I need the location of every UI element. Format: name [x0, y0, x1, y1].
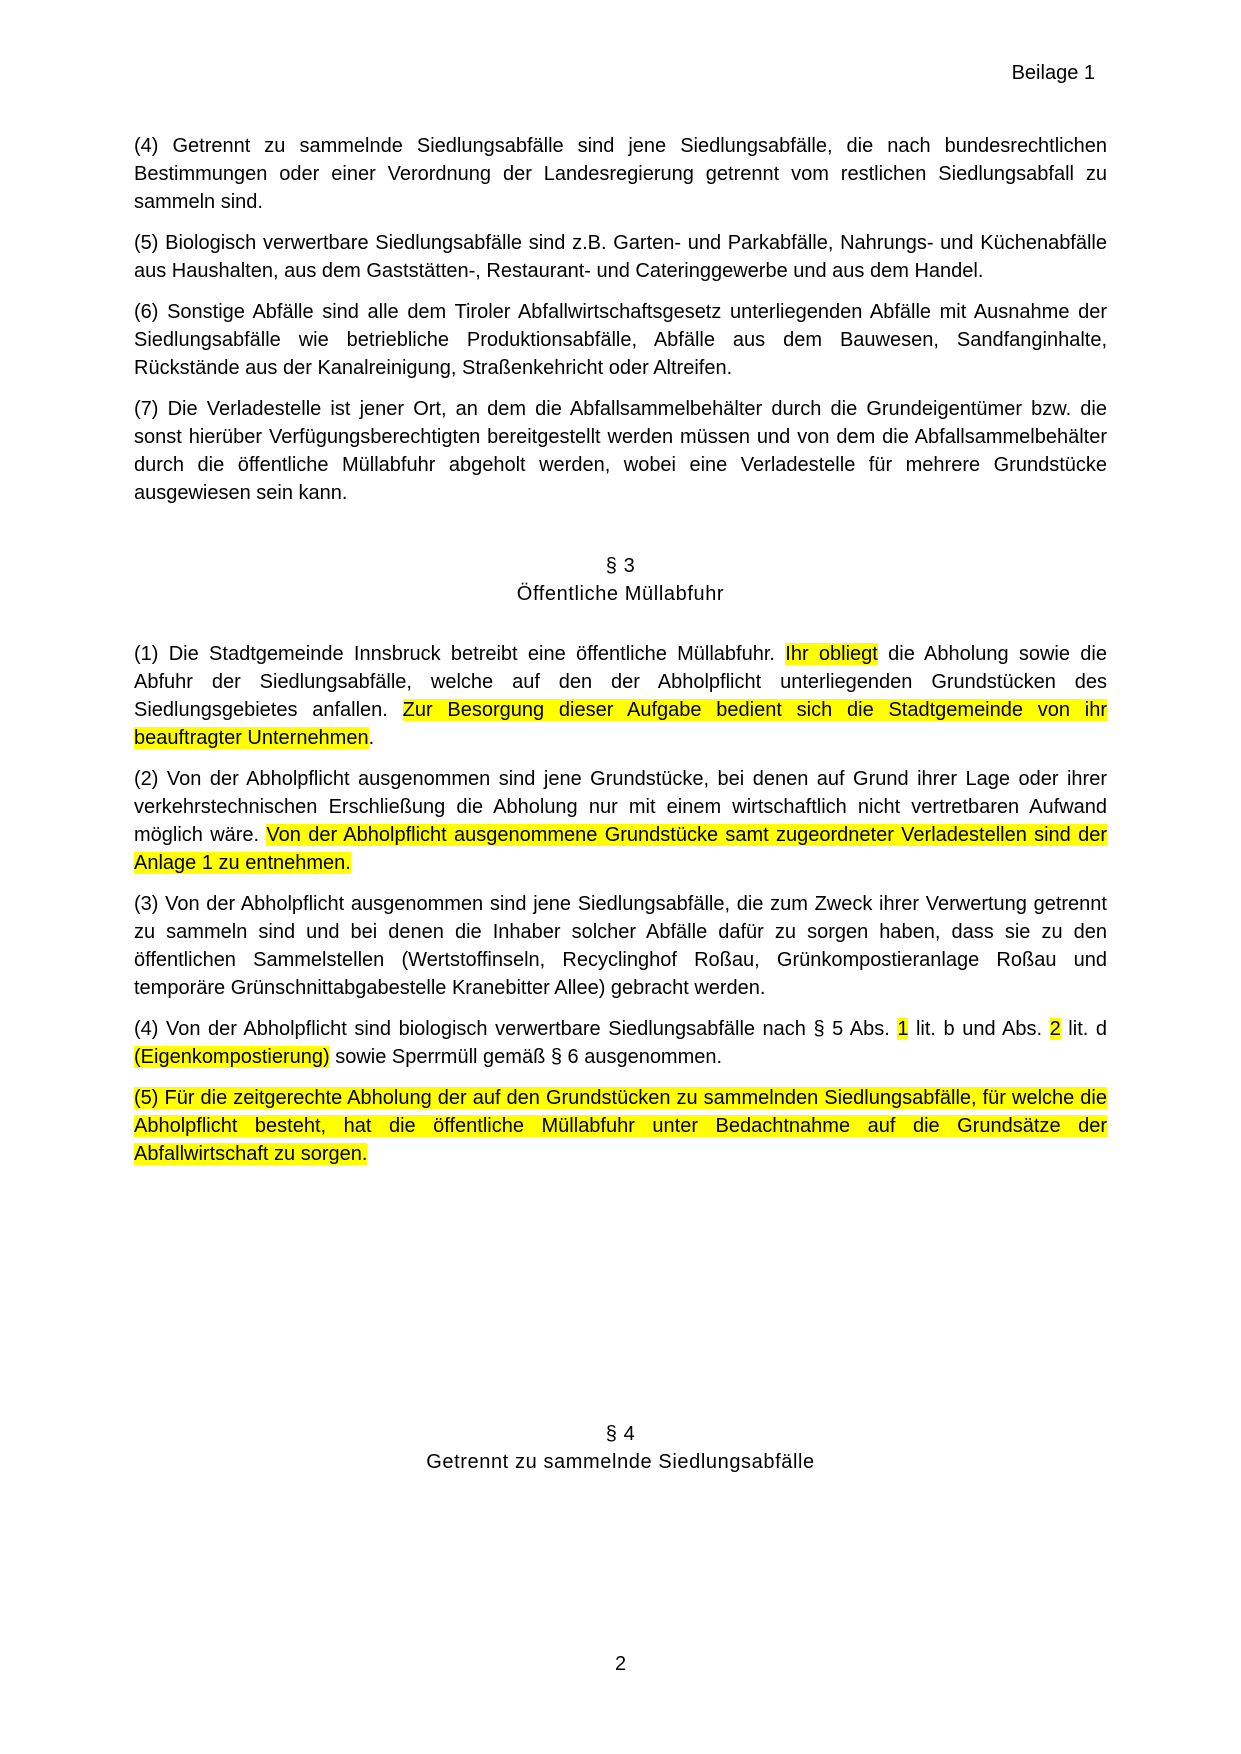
section-3-paragraph-1: (1) Die Stadtgemeinde Innsbruck betreibt…	[134, 640, 1107, 752]
body-text: lit. d	[1061, 1018, 1107, 1040]
body-text: (7) Die Verladestelle ist jener Ort, an …	[134, 398, 1107, 504]
definition-paragraph-4: (4) Getrennt zu sammelnde Siedlungsabfäl…	[134, 132, 1107, 216]
attachment-label: Beilage 1	[134, 60, 1095, 86]
highlighted-text: 1	[897, 1018, 908, 1040]
highlighted-text: (Eigenkompostierung)	[134, 1046, 330, 1068]
section-3-heading-title: Öffentliche Müllabfuhr	[134, 580, 1107, 608]
section-4-heading-title: Getrennt zu sammelnde Siedlungsabfälle	[134, 1448, 1107, 1476]
body-text: (1) Die Stadtgemeinde Innsbruck betreibt…	[134, 643, 785, 665]
document-page: Beilage 1 (4) Getrennt zu sammelnde Sied…	[0, 0, 1241, 1754]
body-text: (4) Getrennt zu sammelnde Siedlungsabfäl…	[134, 135, 1107, 213]
body-text: lit. b und Abs.	[908, 1018, 1049, 1040]
section-3-heading: § 3Öffentliche Müllabfuhr	[134, 552, 1107, 608]
highlighted-text: (5) Für die zeitgerechte Abholung der au…	[134, 1087, 1107, 1165]
body-text: sowie Sperrmüll gemäß § 6 ausgenommen.	[330, 1046, 722, 1068]
body-text: (3) Von der Abholpflicht ausgenommen sin…	[134, 893, 1107, 999]
section-3-paragraph-3: (3) Von der Abholpflicht ausgenommen sin…	[134, 890, 1107, 1002]
document-content: (4) Getrennt zu sammelnde Siedlungsabfäl…	[134, 132, 1107, 1476]
body-text: .	[369, 727, 375, 749]
body-text: (6) Sonstige Abfälle sind alle dem Tirol…	[134, 301, 1107, 379]
highlighted-text: Ihr obliegt	[785, 643, 878, 665]
section-3-paragraph-4: (4) Von der Abholpflicht sind biologisch…	[134, 1015, 1107, 1071]
highlighted-text: Von der Abholpflicht ausgenommene Grunds…	[134, 824, 1107, 874]
page-number: 2	[0, 1650, 1241, 1678]
section-4-heading-number: § 4	[134, 1420, 1107, 1448]
definition-paragraph-6: (6) Sonstige Abfälle sind alle dem Tirol…	[134, 298, 1107, 382]
highlighted-text: 2	[1050, 1018, 1061, 1040]
body-text: (5) Biologisch verwertbare Siedlungsabfä…	[134, 232, 1107, 282]
definition-paragraph-7: (7) Die Verladestelle ist jener Ort, an …	[134, 395, 1107, 507]
section-3-paragraph-2: (2) Von der Abholpflicht ausgenommen sin…	[134, 765, 1107, 877]
body-text: (4) Von der Abholpflicht sind biologisch…	[134, 1018, 897, 1040]
section-3-heading-number: § 3	[134, 552, 1107, 580]
section-3-paragraph-5: (5) Für die zeitgerechte Abholung der au…	[134, 1084, 1107, 1168]
section-4-heading: § 4Getrennt zu sammelnde Siedlungsabfäll…	[134, 1420, 1107, 1476]
definition-paragraph-5: (5) Biologisch verwertbare Siedlungsabfä…	[134, 229, 1107, 285]
